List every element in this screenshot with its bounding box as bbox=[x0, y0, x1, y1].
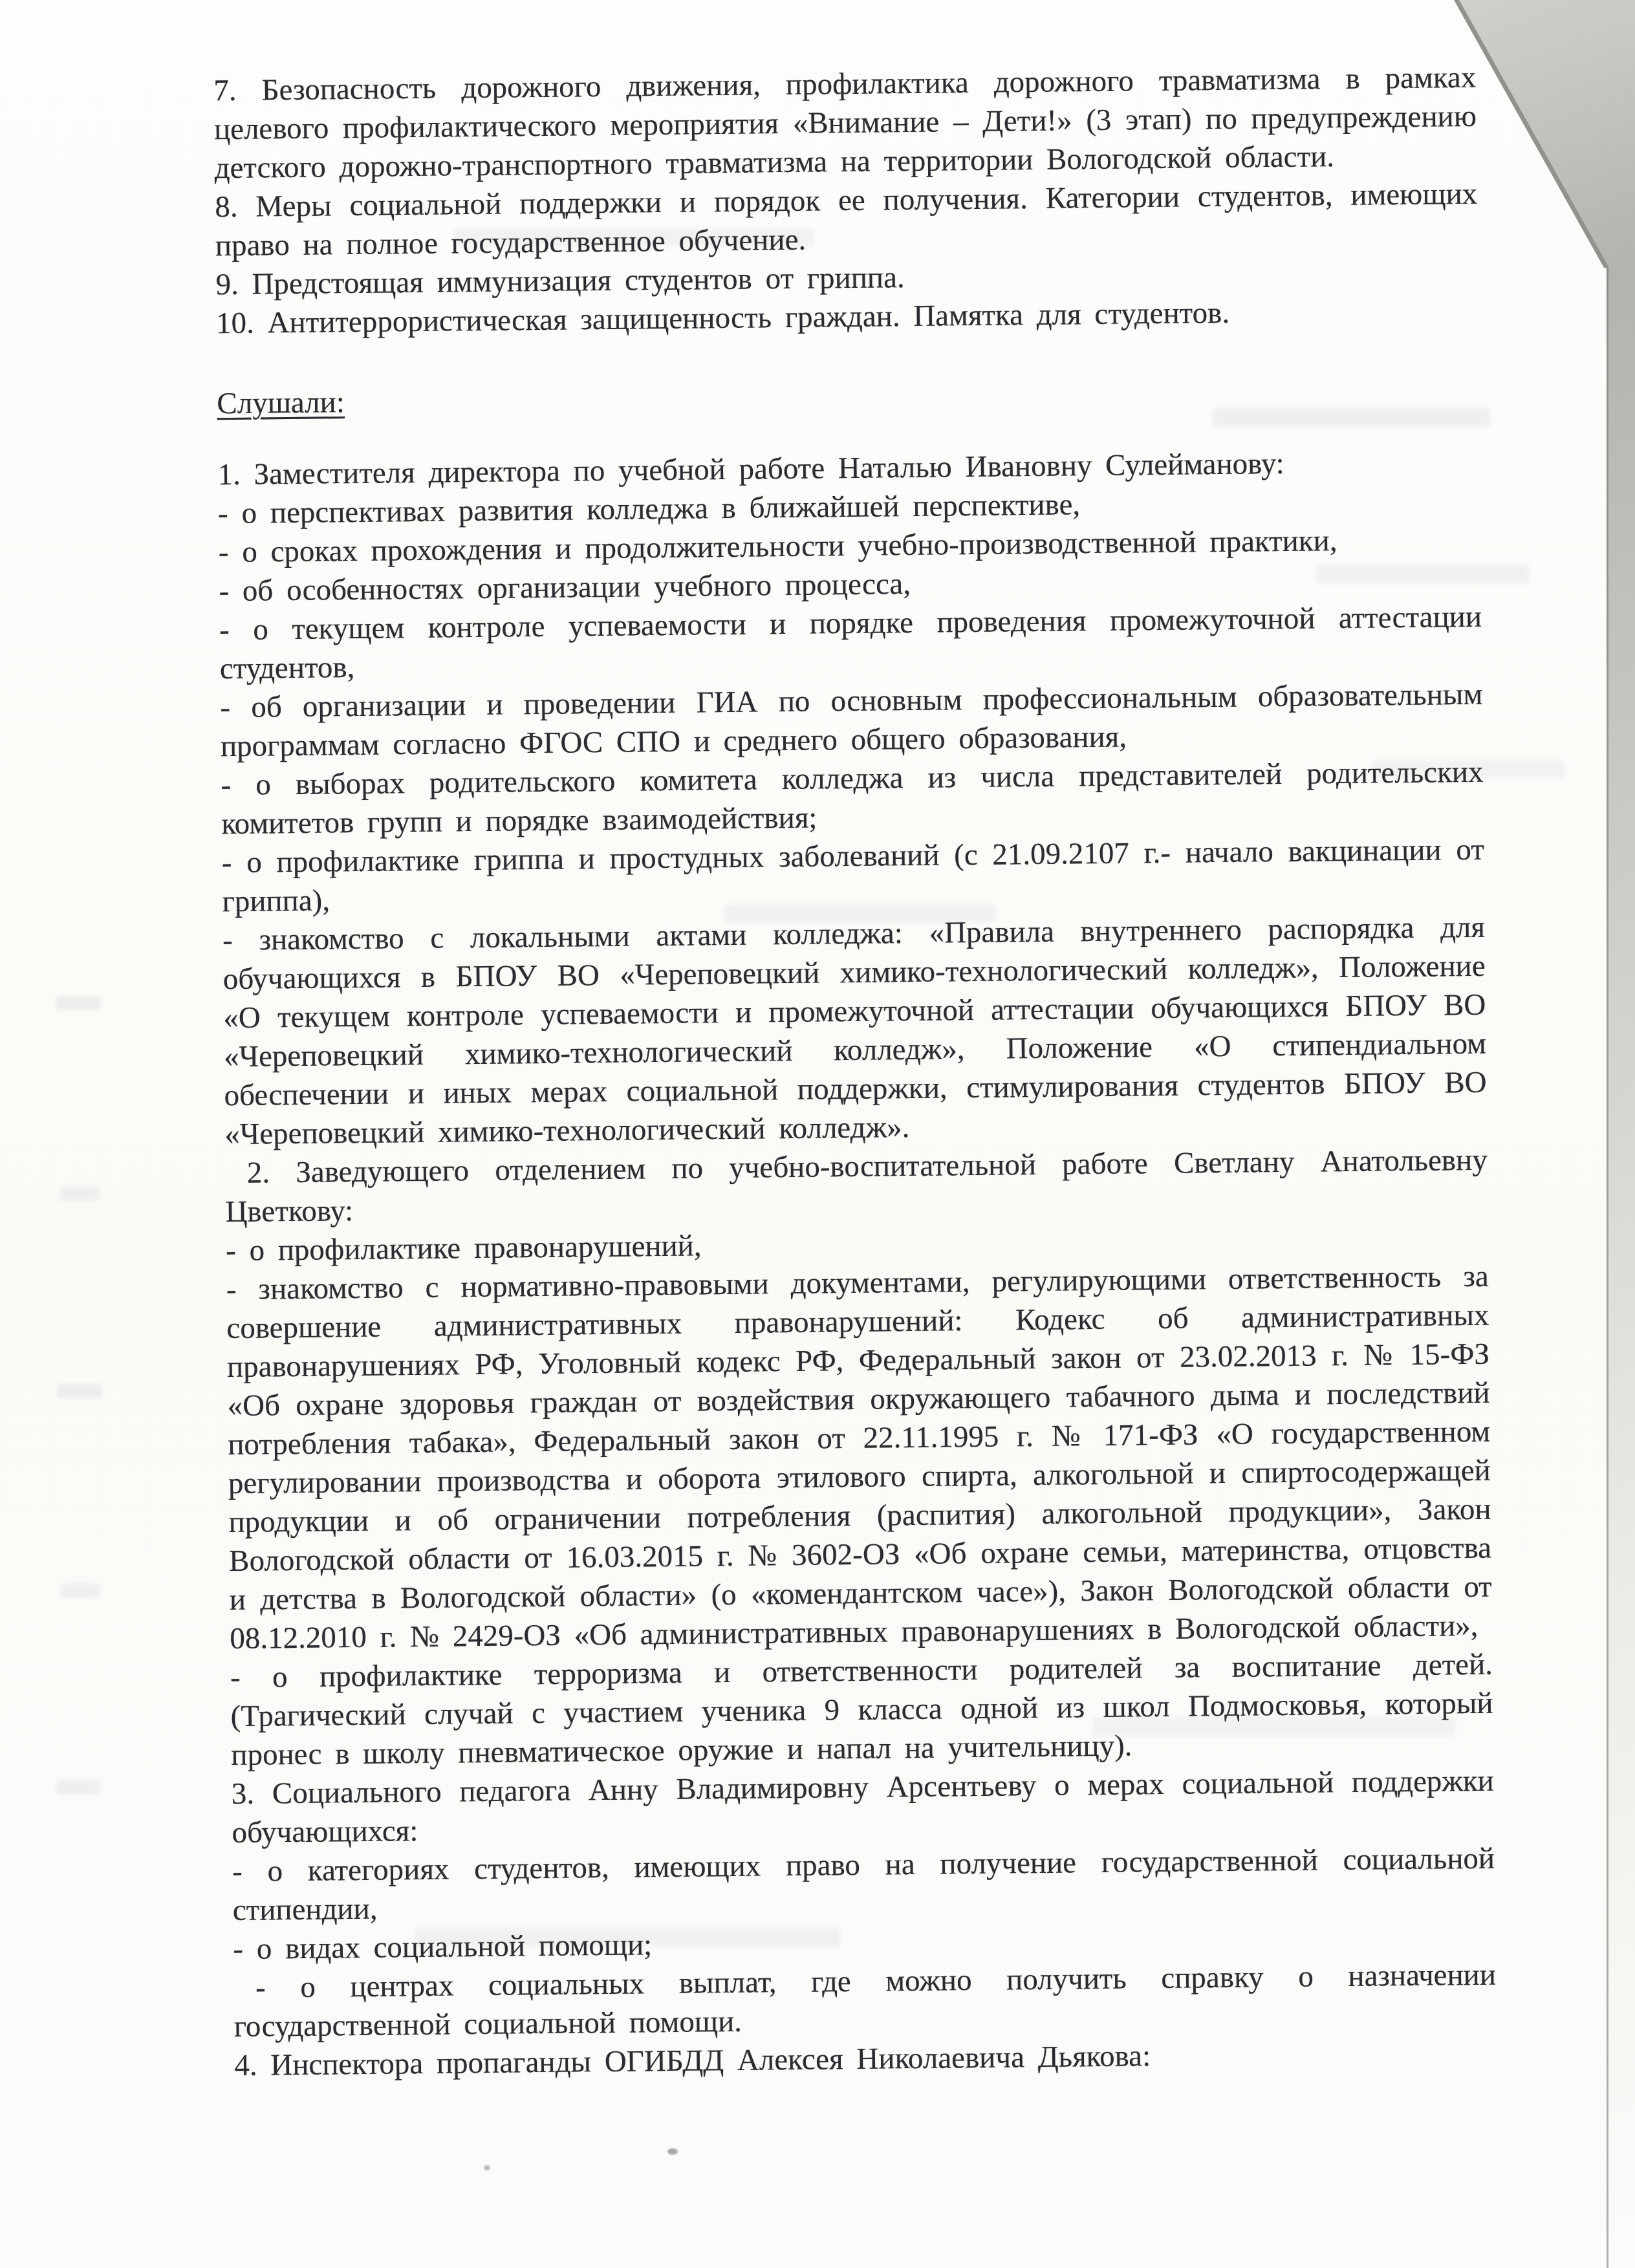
document-page: 7. Безопасность дорожного движения, проф… bbox=[0, 0, 1635, 2268]
right-edge-scanner-background bbox=[1607, 266, 1635, 2268]
agenda-item-8: 8. Меры социальной поддержки и порядок е… bbox=[215, 175, 1478, 265]
speaker-3-point: - о категориях студентов, имеющих право … bbox=[232, 1839, 1495, 1930]
section-heading: Слушали: bbox=[217, 371, 1480, 423]
paper-speck bbox=[484, 2165, 490, 2170]
speaker-3-intro: 3. Социального педагога Анну Владимировн… bbox=[232, 1762, 1495, 1852]
bleed-through-mark bbox=[61, 1583, 100, 1597]
speaker-1-point: - о профилактике гриппа и простудных заб… bbox=[222, 830, 1485, 921]
bleed-through-mark bbox=[57, 1384, 102, 1398]
bleed-through-mark bbox=[56, 996, 101, 1010]
agenda-item-7: 7. Безопасность дорожного движения, проф… bbox=[213, 58, 1477, 188]
speaker-1-point: - о текущем контроле успеваемости и поря… bbox=[219, 598, 1482, 688]
speaker-1-point: - об организации и проведении ГИА по осн… bbox=[220, 675, 1483, 766]
speaker-2-point: - знакомство с нормативно-правовыми доку… bbox=[226, 1257, 1492, 1658]
speaker-1-point: - о выборах родительского комитета колле… bbox=[221, 753, 1484, 843]
speakers-list: 1. Заместителя директора по учебной рабо… bbox=[217, 442, 1497, 2085]
text-column: 7. Безопасность дорожного движения, проф… bbox=[213, 58, 1497, 2085]
paper-speck bbox=[667, 2148, 678, 2155]
speaker-2-intro: 2. Заведующего отделением по учебно-восп… bbox=[225, 1141, 1488, 1231]
speaker-2-point: - о профилактике терроризма и ответствен… bbox=[230, 1645, 1494, 1775]
speaker-1-point: - знакомство с локальными актами колледж… bbox=[222, 908, 1488, 1154]
bleed-through-mark bbox=[60, 1187, 100, 1201]
agenda-list: 7. Безопасность дорожного движения, проф… bbox=[213, 58, 1478, 343]
bleed-through-mark bbox=[57, 1780, 100, 1794]
speaker-3-point: - о центрах социальных выплат, где можно… bbox=[233, 1956, 1497, 2046]
